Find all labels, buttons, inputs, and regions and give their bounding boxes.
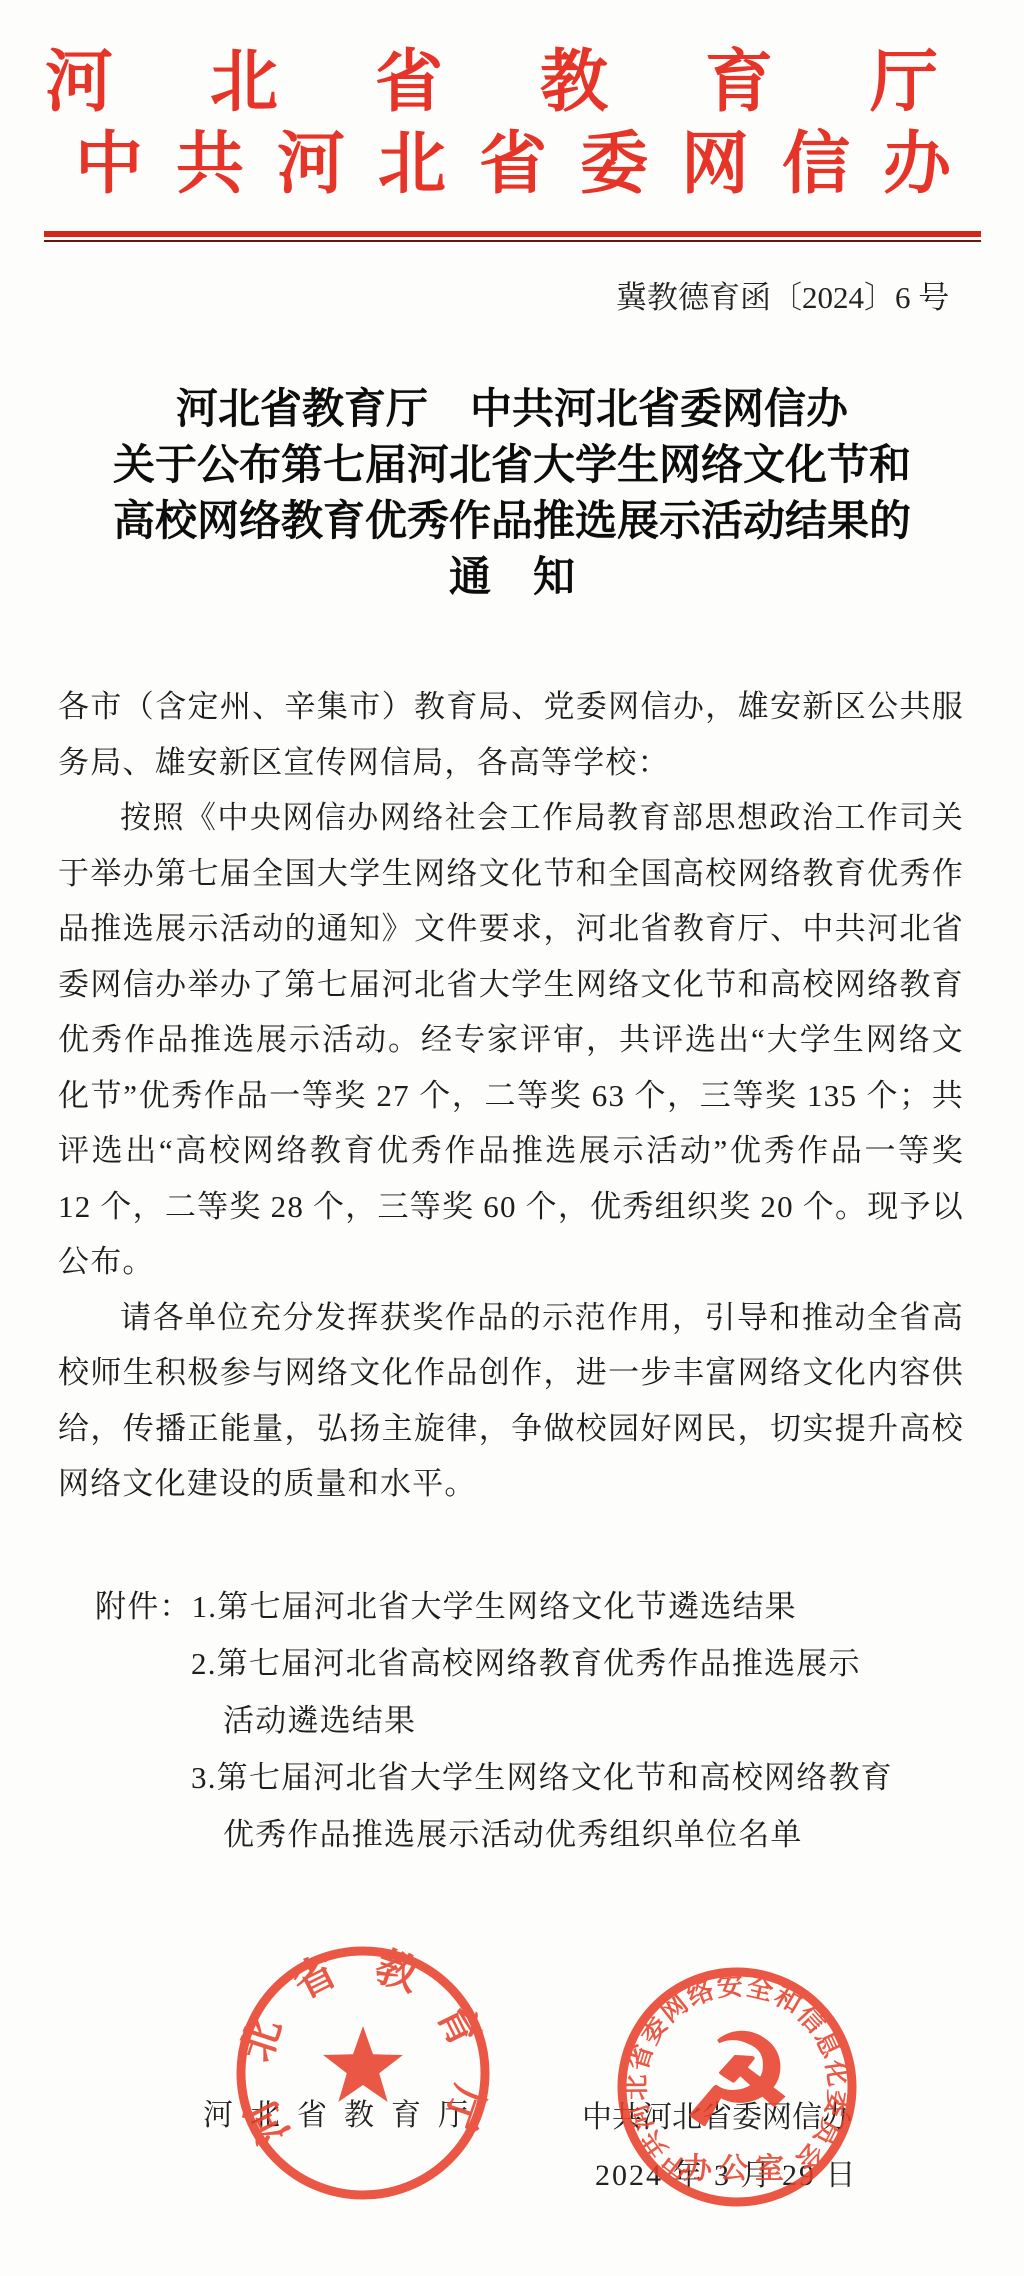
hammer-sickle-icon: ☭ xyxy=(681,2014,793,2152)
star-icon xyxy=(323,2026,403,2102)
body-text: 各市（含定州、辛集市）教育局、党委网信办，雄安新区公共服务局、雄安新区宣传网信局… xyxy=(58,679,964,1512)
attachment-line-3: 活动遴选结果 xyxy=(95,1692,893,1749)
title-line-1: 河北省教育厅 中共河北省委网信办 xyxy=(0,382,1024,438)
document-page: 河北省教育厅 中共河北省委网信办 冀教德育函〔2024〕6 号 河北省教育厅 中… xyxy=(0,0,1024,2276)
header-org-line-2: 中共河北省委网信办 xyxy=(75,110,984,207)
paragraph-1: 按照《中央网信办网络社会工作局教育部思想政治工作司关于举办第七届全国大学生网络文… xyxy=(58,790,964,1290)
attachments-block: 附件：1.第七届河北省大学生网络文化节遴选结果 2.第七届河北省高校网络教育优秀… xyxy=(95,1578,893,1863)
seal-cyberspace-office: ☭ 中共河北省委网络安全和信息化委员会 办公室 xyxy=(602,1952,872,2222)
salutation: 各市（含定州、辛集市）教育局、党委网信办，雄安新区公共服务局、雄安新区宣传网信局… xyxy=(58,679,964,790)
title-line-3: 高校网络教育优秀作品推选展示活动结果的 xyxy=(0,494,1024,550)
attachment-line-1: 附件：1.第七届河北省大学生网络文化节遴选结果 xyxy=(95,1578,893,1635)
red-divider-underline xyxy=(44,240,981,242)
doc-number: 冀教德育函〔2024〕6 号 xyxy=(616,272,949,317)
attachment-line-2: 2.第七届河北省高校网络教育优秀作品推选展示 xyxy=(95,1635,893,1692)
seal-bottom-text: 办公室 xyxy=(683,2152,791,2185)
paragraph-2: 请各单位充分发挥获奖作品的示范作用，引导和推动全省高校师生积极参与网络文化作品创… xyxy=(58,1290,964,1512)
attachment-line-4: 3.第七届河北省大学生网络文化节和高校网络教育 xyxy=(95,1749,893,1806)
attachment-line-5: 优秀作品推选展示活动优秀组织单位名单 xyxy=(95,1806,893,1863)
red-divider-line xyxy=(44,231,981,237)
seal-education-dept: 河北省教育厅 xyxy=(228,1938,498,2208)
title-line-4: 通 知 xyxy=(0,550,1024,606)
title-line-2: 关于公布第七届河北省大学生网络文化节和 xyxy=(0,438,1024,494)
title-block: 河北省教育厅 中共河北省委网信办 关于公布第七届河北省大学生网络文化节和 高校网… xyxy=(0,382,1024,606)
